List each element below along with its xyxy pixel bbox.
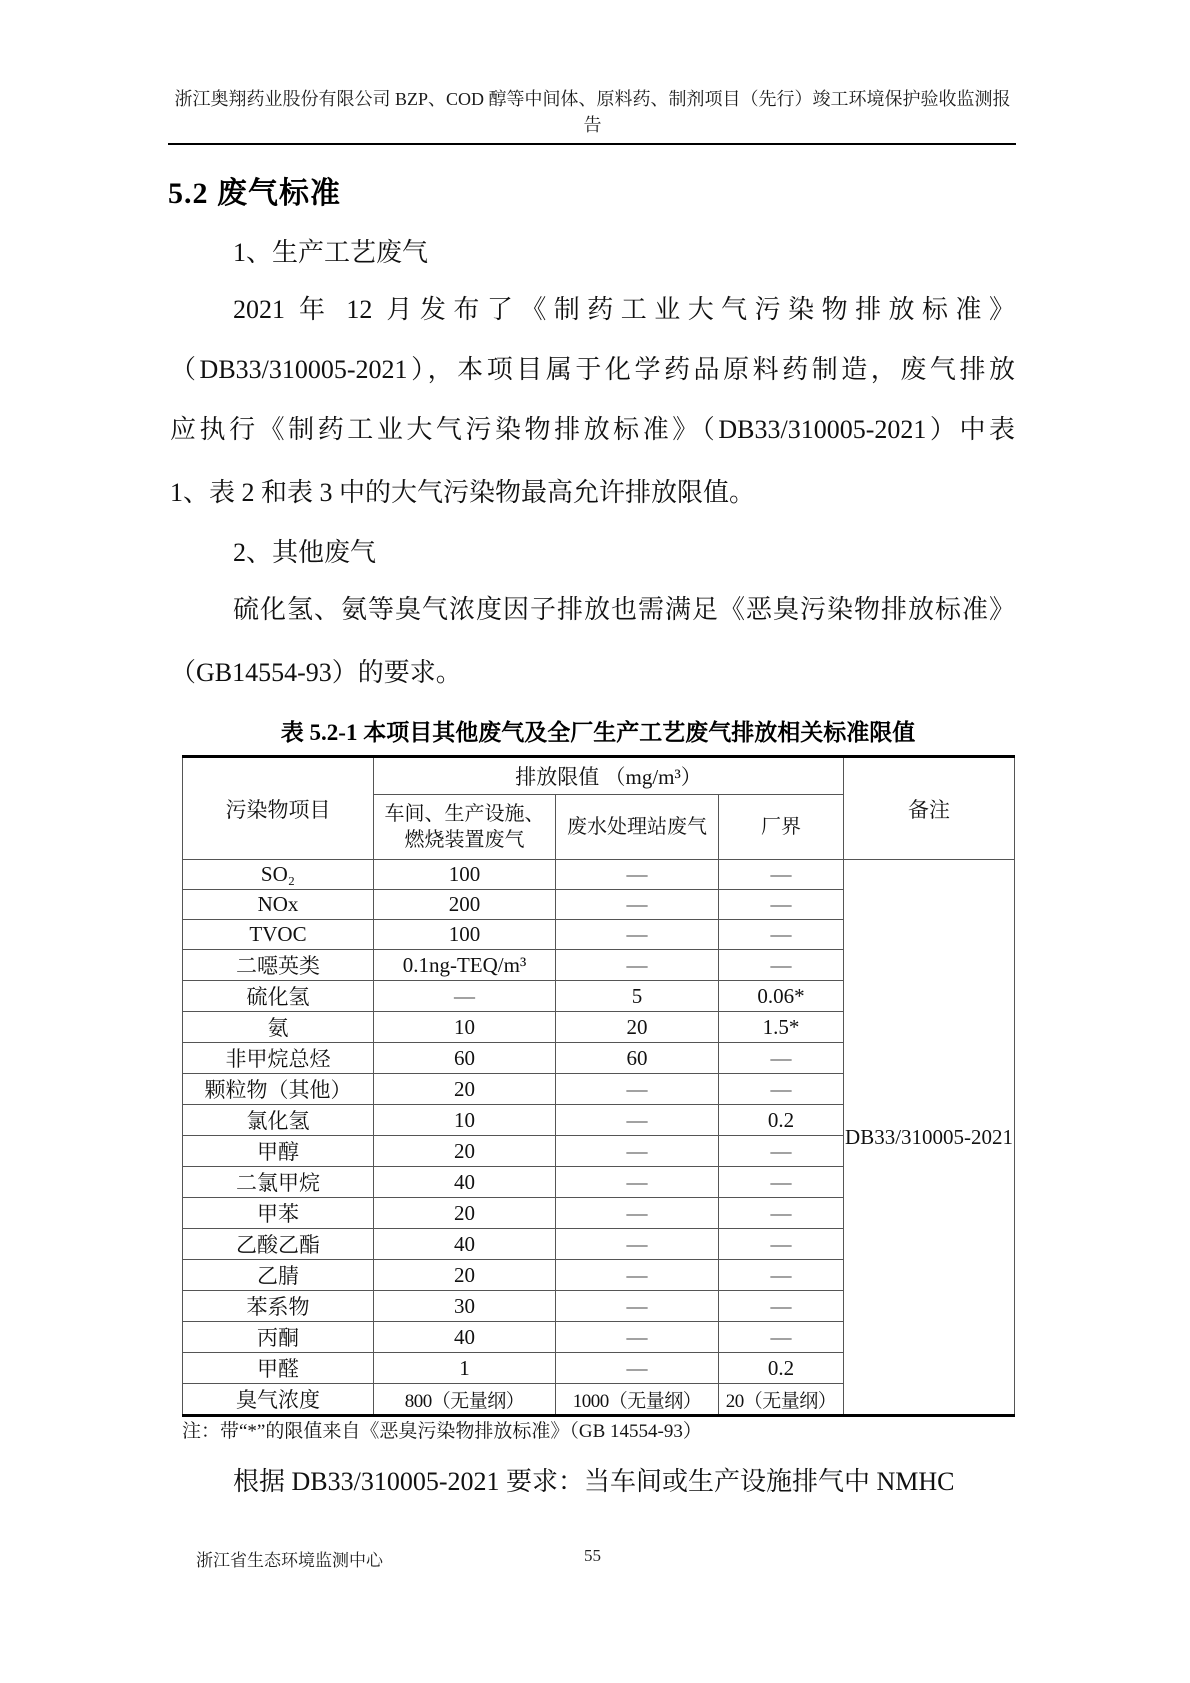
boundary-limit: — <box>719 1322 844 1353</box>
pollutant-name: 氯化氢 <box>183 1105 374 1136</box>
workshop-limit: 40 <box>374 1229 556 1260</box>
standards-table: 污染物项目 排放限值 （mg/m³） 备注 车间、生产设施、燃烧装置废气 废水处… <box>182 755 1015 1417</box>
body-line: （GB14554-93）的要求。 <box>170 640 1015 700</box>
remark-cell: DB33/310005-2021 <box>844 860 1015 1416</box>
body-line: 1、表 2 和表 3 中的大气污染物最高允许排放限值。 <box>170 460 1015 520</box>
pollutant-name: 硫化氢 <box>183 981 374 1012</box>
boundary-limit: 1.5* <box>719 1012 844 1043</box>
wastewater-limit: — <box>556 1074 719 1105</box>
wastewater-limit: — <box>556 1353 719 1384</box>
col-header-remark: 备注 <box>844 757 1015 860</box>
wastewater-limit: 1000（无量纲） <box>556 1384 719 1416</box>
boundary-limit: — <box>719 1260 844 1291</box>
pollutant-name: 苯系物 <box>183 1291 374 1322</box>
table-header-row-1: 污染物项目 排放限值 （mg/m³） 备注 <box>183 757 1015 795</box>
header-divider <box>168 143 1016 145</box>
boundary-limit: — <box>719 1136 844 1167</box>
wastewater-limit: — <box>556 860 719 890</box>
wastewater-limit: — <box>556 890 719 920</box>
workshop-limit: 20 <box>374 1260 556 1291</box>
workshop-limit: 0.1ng-TEQ/m³ <box>374 950 556 981</box>
body-line: 2021 年 12 月发布了《制药工业大气污染物排放标准》 <box>170 280 1015 340</box>
col-header-workshop: 车间、生产设施、燃烧装置废气 <box>374 795 556 860</box>
boundary-limit: 0.2 <box>719 1105 844 1136</box>
pollutant-name: NOx <box>183 890 374 920</box>
boundary-limit: — <box>719 950 844 981</box>
page-header-line2: 告 <box>170 112 1015 138</box>
workshop-limit: 20 <box>374 1074 556 1105</box>
page-header: 浙江奥翔药业股份有限公司 BZP、COD 醇等中间体、原料药、制剂项目（先行）竣… <box>170 86 1015 138</box>
boundary-limit: — <box>719 1043 844 1074</box>
boundary-limit: — <box>719 1198 844 1229</box>
pollutant-name: 臭气浓度 <box>183 1384 374 1416</box>
pollutant-name: 氨 <box>183 1012 374 1043</box>
wastewater-limit: — <box>556 1136 719 1167</box>
wastewater-limit: — <box>556 1167 719 1198</box>
pollutant-name: 丙酮 <box>183 1322 374 1353</box>
workshop-limit: 30 <box>374 1291 556 1322</box>
boundary-limit: 0.06* <box>719 981 844 1012</box>
workshop-limit: 40 <box>374 1322 556 1353</box>
pollutant-name: SO₂ <box>183 860 374 890</box>
page-header-line1: 浙江奥翔药业股份有限公司 BZP、COD 醇等中间体、原料药、制剂项目（先行）竣… <box>170 86 1015 112</box>
wastewater-limit: 5 <box>556 981 719 1012</box>
wastewater-limit: — <box>556 920 719 950</box>
wastewater-limit: 20 <box>556 1012 719 1043</box>
wastewater-limit: — <box>556 1291 719 1322</box>
pollutant-name: 二氯甲烷 <box>183 1167 374 1198</box>
pollutant-name: 甲醛 <box>183 1353 374 1384</box>
workshop-limit: 20 <box>374 1198 556 1229</box>
body-line: 1、生产工艺废气 <box>170 220 1015 280</box>
boundary-limit: — <box>719 860 844 890</box>
boundary-limit: — <box>719 1074 844 1105</box>
page-footer: 浙江省生态环境监测中心 55 <box>0 1546 1190 1572</box>
table-title: 表 5.2-1 本项目其他废气及全厂生产工艺废气排放相关标准限值 <box>182 712 1014 748</box>
col-header-boundary: 厂界 <box>719 795 844 860</box>
workshop-limit: 100 <box>374 920 556 950</box>
workshop-limit: 20 <box>374 1136 556 1167</box>
wastewater-limit: — <box>556 1198 719 1229</box>
body-line: 2、其他废气 <box>170 520 1015 580</box>
body-text: 1、生产工艺废气 2021 年 12 月发布了《制药工业大气污染物排放标准》 （… <box>170 220 1015 700</box>
page-number: 55 <box>170 1546 1015 1566</box>
workshop-limit: 10 <box>374 1105 556 1136</box>
boundary-limit: — <box>719 1167 844 1198</box>
section-heading: 5.2 废气标准 <box>168 168 1013 212</box>
workshop-limit: 40 <box>374 1167 556 1198</box>
boundary-limit: — <box>719 890 844 920</box>
document-page: 浙江奥翔药业股份有限公司 BZP、COD 醇等中间体、原料药、制剂项目（先行）竣… <box>0 0 1190 1683</box>
pollutant-name: 甲苯 <box>183 1198 374 1229</box>
body-line: （DB33/310005-2021），本项目属于化学药品原料药制造，废气排放 <box>170 340 1015 400</box>
body-line: 硫化氢、氨等臭气浓度因子排放也需满足《恶臭污染物排放标准》 <box>170 580 1015 640</box>
wastewater-limit: 60 <box>556 1043 719 1074</box>
pollutant-name: 颗粒物（其他） <box>183 1074 374 1105</box>
workshop-limit: 100 <box>374 860 556 890</box>
wastewater-limit: — <box>556 1105 719 1136</box>
workshop-limit: — <box>374 981 556 1012</box>
paragraph-after-table: 根据 DB33/310005-2021 要求：当车间或生产设施排气中 NMHC <box>170 1460 1093 1498</box>
wastewater-limit: — <box>556 1260 719 1291</box>
workshop-limit: 10 <box>374 1012 556 1043</box>
boundary-limit: — <box>719 1291 844 1322</box>
wastewater-limit: — <box>556 950 719 981</box>
pollutant-name: 甲醇 <box>183 1136 374 1167</box>
workshop-limit: 60 <box>374 1043 556 1074</box>
pollutant-name: 非甲烷总烃 <box>183 1043 374 1074</box>
pollutant-name: 乙酸乙酯 <box>183 1229 374 1260</box>
table-row: SO₂ 100 — — DB33/310005-2021 <box>183 860 1015 890</box>
table-footnote: 注：带“*”的限值来自《恶臭污染物排放标准》（GB 14554-93） <box>182 1416 1014 1442</box>
boundary-limit: — <box>719 920 844 950</box>
wastewater-limit: — <box>556 1322 719 1353</box>
wastewater-limit: — <box>556 1229 719 1260</box>
pollutant-name: TVOC <box>183 920 374 950</box>
boundary-limit: 20（无量纲） <box>719 1384 844 1416</box>
pollutant-name: 乙腈 <box>183 1260 374 1291</box>
boundary-limit: 0.2 <box>719 1353 844 1384</box>
col-header-wastewater: 废水处理站废气 <box>556 795 719 860</box>
pollutant-name: 二噁英类 <box>183 950 374 981</box>
col-header-pollutant: 污染物项目 <box>183 757 374 860</box>
workshop-limit: 200 <box>374 890 556 920</box>
col-header-limit-group: 排放限值 （mg/m³） <box>374 757 844 795</box>
workshop-limit: 1 <box>374 1353 556 1384</box>
body-line: 应执行《制药工业大气污染物排放标准》（DB33/310005-2021）中表 <box>170 400 1015 460</box>
workshop-limit: 800（无量纲） <box>374 1384 556 1416</box>
boundary-limit: — <box>719 1229 844 1260</box>
